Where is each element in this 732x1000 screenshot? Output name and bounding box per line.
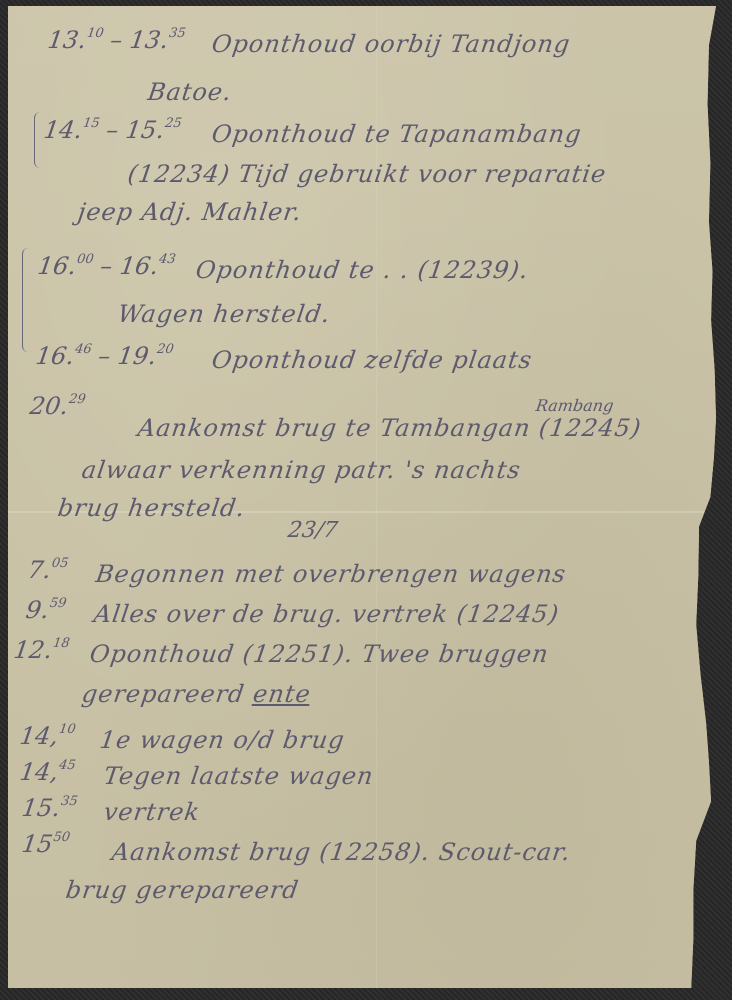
struck-word: ente bbox=[251, 680, 312, 708]
day2-entry-7-time: 1550 bbox=[20, 830, 71, 858]
entry-1-cont: Batoe. bbox=[146, 78, 234, 106]
day2-entry-2-time: 9.59 bbox=[24, 596, 67, 624]
day2-entry-7-text: Aankomst brug (12258). Scout-car. bbox=[110, 838, 573, 866]
repaired-text: gerepareerd bbox=[80, 680, 247, 708]
entry-3-text: Oponthoud te . . (12239). bbox=[194, 256, 531, 284]
entry-5-time: 20.29 bbox=[28, 392, 87, 420]
day2-entry-3-cont: gerepareerd ente bbox=[80, 680, 313, 708]
entry-5-text: Aankomst brug te Tambangan (12245) bbox=[136, 414, 643, 442]
day2-entry-1-time: 7.05 bbox=[26, 556, 69, 584]
margin-bracket bbox=[34, 112, 41, 168]
day2-entry-6-time: 15.35 bbox=[20, 794, 79, 822]
entry-2-time: 14.15 – 15.25 bbox=[42, 116, 183, 144]
entry-2-cont: (12234) Tijd gebruikt voor reparatie bbox=[126, 160, 608, 188]
day2-entry-3-text: Oponthoud (12251). Twee bruggen bbox=[88, 640, 551, 668]
entry-2-text: Oponthoud te Tapanambang bbox=[210, 120, 583, 148]
day2-entry-7-cont: brug gerepareerd bbox=[64, 876, 301, 904]
entry-4-time: 16.46 – 19.20 bbox=[34, 342, 175, 370]
day2-entry-5-time: 14,45 bbox=[18, 758, 77, 786]
entry-3-cont: Wagen hersteld. bbox=[116, 300, 332, 328]
entry-1-text: Oponthoud oorbij Tandjong bbox=[210, 30, 572, 58]
entry-4-text: Oponthoud zelfde plaats bbox=[210, 346, 534, 374]
margin-bracket bbox=[22, 248, 29, 352]
entry-1-time: 13.10 – 13.35 bbox=[46, 26, 187, 54]
day2-entry-3-time: 12.18 bbox=[12, 636, 71, 664]
entry-5-insertion: Rambang bbox=[535, 396, 615, 415]
day2-entry-1-text: Begonnen met overbrengen wagens bbox=[94, 560, 568, 588]
day2-entry-2-text: Alles over de brug. vertrek (12245) bbox=[92, 600, 561, 628]
entry-5-cont2: brug hersteld. bbox=[56, 494, 247, 522]
day2-entry-5-text: Tegen laatste wagen bbox=[102, 762, 376, 790]
day2-entry-4-time: 14,10 bbox=[18, 722, 77, 750]
entry-5-cont: alwaar verkenning patr. 's nachts bbox=[80, 456, 523, 484]
date-marker: 23/7 bbox=[286, 518, 339, 543]
entry-3-time: 16.00 – 16.43 bbox=[36, 252, 177, 280]
day2-entry-6-text: vertrek bbox=[102, 798, 202, 826]
day2-entry-4-text: 1e wagen o/d brug bbox=[98, 726, 347, 754]
entry-2-cont2: jeep Adj. Mahler. bbox=[76, 198, 304, 226]
